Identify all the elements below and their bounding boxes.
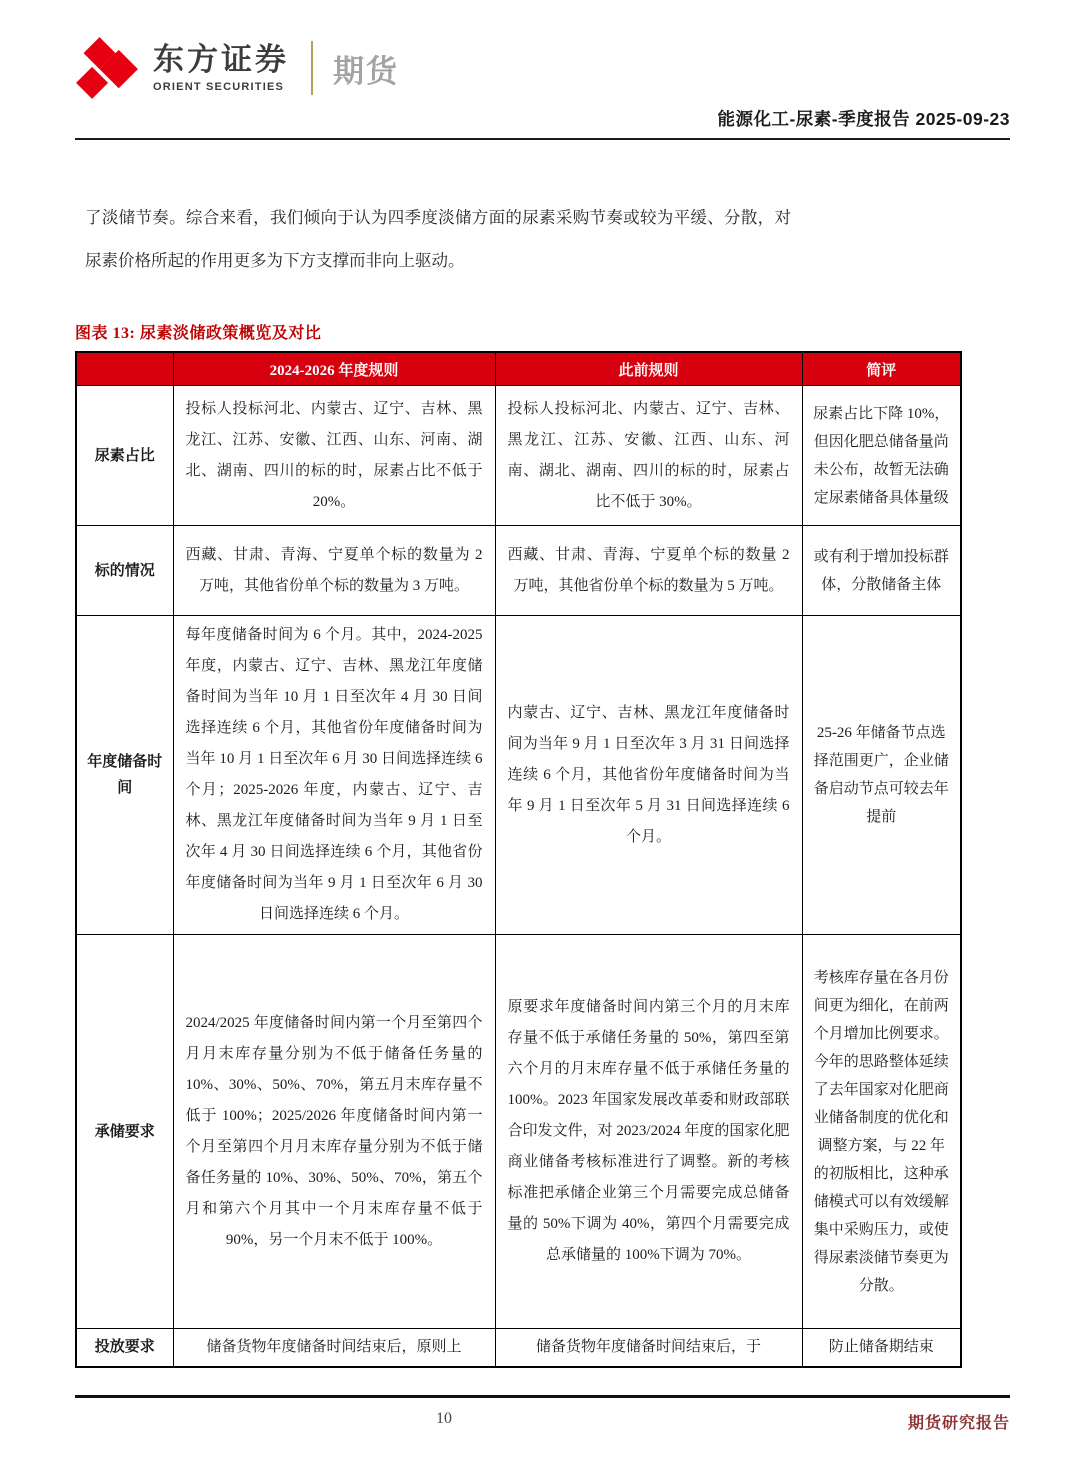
current-rule-cell: 西藏、甘肃、青海、宁夏单个标的数量为 2 万吨，其他省份单个标的数量为 3 万吨…	[173, 526, 495, 616]
previous-rule-cell: 储备货物年度储备时间结束后，于	[495, 1329, 802, 1367]
previous-rule-cell: 原要求年度储备时间内第三个月的月末库存量不低于承储任务量的 50%，第四至第六个…	[495, 935, 802, 1329]
row-label: 投放要求	[76, 1329, 173, 1367]
table-header-row: 2024-2026 年度规则 此前规则 简评	[76, 352, 961, 386]
table-row: 尿素占比 投标人投标河北、内蒙古、辽宁、吉林、黑龙江、江苏、安徽、江西、山东、河…	[76, 386, 961, 526]
table-row: 投放要求 储备货物年度储备时间结束后，原则上 储备货物年度储备时间结束后，于 防…	[76, 1329, 961, 1367]
row-label: 标的情况	[76, 526, 173, 616]
body-paragraph: 了淡储节奏。综合来看，我们倾向于认为四季度淡储方面的尿素采购节奏或较为平缓、分散…	[85, 196, 791, 282]
column-header-previous-rule: 此前规则	[495, 352, 802, 386]
comment-cell: 或有利于增加投标群体，分散储备主体	[802, 526, 961, 616]
previous-rule-cell: 投标人投标河北、内蒙古、辽宁、吉林、黑龙江、江苏、安徽、江西、山东、河南、湖北、…	[495, 386, 802, 526]
footer-report-type-label: 期货研究报告	[908, 1410, 1010, 1433]
orient-securities-logo-icon	[75, 36, 139, 100]
previous-rule-cell: 西藏、甘肃、青海、宁夏单个标的数量 2 万吨，其他省份单个标的数量为 5 万吨。	[495, 526, 802, 616]
comment-cell: 防止储备期结束	[802, 1329, 961, 1367]
brand-name-cn: 东方证券	[153, 43, 289, 77]
current-rule-cell: 储备货物年度储备时间结束后，原则上	[173, 1329, 495, 1367]
brand-logo-text: 东方证券 ORIENT SECURITIES	[153, 43, 289, 92]
comment-cell: 考核库存量在各月份间更为细化，在前两个月增加比例要求。今年的思路整体延续了去年国…	[802, 935, 961, 1329]
brand-name-en: ORIENT SECURITIES	[153, 81, 289, 93]
table-row: 标的情况 西藏、甘肃、青海、宁夏单个标的数量为 2 万吨，其他省份单个标的数量为…	[76, 526, 961, 616]
header-divider-line	[75, 138, 1010, 140]
current-rule-cell: 2024/2025 年度储备时间内第一个月至第四个月月末库存量分别为不低于储备任…	[173, 935, 495, 1329]
current-rule-cell: 每年度储备时间为 6 个月。其中，2024-2025 年度，内蒙古、辽宁、吉林、…	[173, 616, 495, 935]
policy-comparison-table: 2024-2026 年度规则 此前规则 简评 尿素占比 投标人投标河北、内蒙古、…	[75, 351, 962, 1368]
row-label: 尿素占比	[76, 386, 173, 526]
current-rule-cell: 投标人投标河北、内蒙古、辽宁、吉林、黑龙江、江苏、安徽、江西、山东、河南、湖北、…	[173, 386, 495, 526]
figure-caption: 图表 13: 尿素淡储政策概览及对比	[75, 320, 321, 343]
report-page: 东方证券 ORIENT SECURITIES 期货 能源化工-尿素-季度报告 2…	[0, 0, 1080, 1466]
table-row: 年度储备时间 每年度储备时间为 6 个月。其中，2024-2025 年度，内蒙古…	[76, 616, 961, 935]
previous-rule-cell: 内蒙古、辽宁、吉林、黑龙江年度储备时间为当年 9 月 1 日至次年 3 月 31…	[495, 616, 802, 935]
column-header-label	[76, 352, 173, 386]
footer-divider-line	[75, 1395, 1010, 1398]
brand-division-label: 期货	[333, 46, 399, 91]
page-number: 10	[436, 1410, 452, 1428]
table-row: 承储要求 2024/2025 年度储备时间内第一个月至第四个月月末库存量分别为不…	[76, 935, 961, 1329]
column-header-current-rule: 2024-2026 年度规则	[173, 352, 495, 386]
row-label: 承储要求	[76, 935, 173, 1329]
brand-logo: 东方证券 ORIENT SECURITIES 期货	[75, 36, 399, 100]
row-label: 年度储备时间	[76, 616, 173, 935]
report-title-and-date: 能源化工-尿素-季度报告 2025-09-23	[717, 106, 1010, 131]
comment-cell: 25-26 年储备节点选择范围更广，企业储备启动节点可较去年提前	[802, 616, 961, 935]
column-header-comment: 简评	[802, 352, 961, 386]
comment-cell: 尿素占比下降 10%，但因化肥总储备量尚未公布，故暂无法确定尿素储备具体量级	[802, 386, 961, 526]
logo-divider	[311, 41, 313, 95]
